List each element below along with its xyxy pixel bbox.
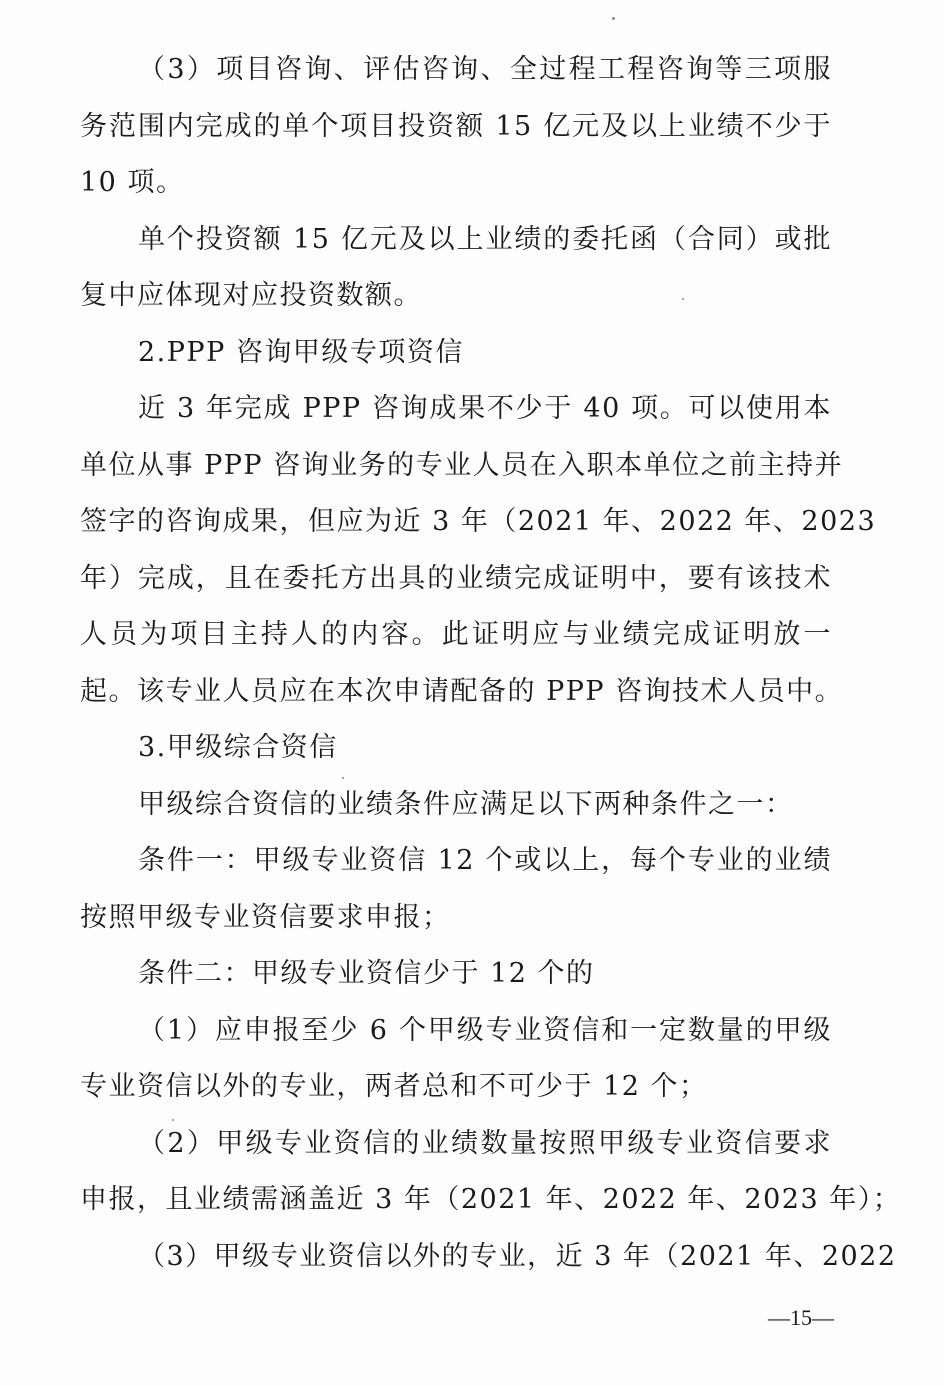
paragraph-line: （3）甲级专业资信以外的专业，近 3 年（2021 年、2022 [138,1240,832,1274]
paragraph-line: 条件二：甲级专业资信少于 12 个的 [138,957,832,991]
paragraph-line: 单个投资额 15 亿元及以上业绩的委托函（合同）或批 [138,223,832,257]
document-page: （3）项目咨询、评估咨询、全过程工程咨询等三项服 务范围内完成的单个项目投资额 … [0,0,944,1386]
paragraph-line: 单位从事 PPP 咨询业务的专业人员在入职本单位之前主持并 [80,449,832,483]
section-heading: 3.甲级综合资信 [138,731,832,765]
paragraph-line: 复中应体现对应投资数额。 [80,279,832,313]
paragraph-line: 务范围内完成的单个项目投资额 15 亿元及以上业绩不少于 [80,110,832,144]
paragraph-line: 条件一：甲级专业资信 12 个或以上，每个专业的业绩 [138,844,832,878]
page-number: —15— [768,1305,834,1331]
paragraph-line: 签字的咨询成果，但应为近 3 年（2021 年、2022 年、2023 [80,505,832,539]
paragraph-line: 专业资信以外的专业，两者总和不可少于 12 个； [80,1070,832,1104]
paragraph-line: 甲级综合资信的业绩条件应满足以下两种条件之一： [138,788,832,822]
paragraph-line: 人员为项目主持人的内容。此证明应与业绩完成证明放一 [80,618,832,652]
paragraph-line: 近 3 年完成 PPP 咨询成果不少于 40 项。可以使用本 [138,392,832,426]
paragraph-line: 年）完成，且在委托方出具的业绩完成证明中，要有该技术 [80,562,832,596]
paragraph-line: 按照甲级专业资信要求申报； [80,901,832,935]
scan-speck [342,777,344,779]
scan-speck [612,17,615,20]
paragraph-line: （3）项目咨询、评估咨询、全过程工程咨询等三项服 [138,53,832,87]
section-heading: 2.PPP 咨询甲级专项资信 [138,336,832,370]
scan-speck [172,1119,174,1121]
paragraph-line: （2）甲级专业资信的业绩数量按照甲级专业资信要求 [138,1127,832,1161]
paragraph-line: 起。该专业人员应在本次申请配备的 PPP 咨询技术人员中。 [80,675,832,709]
paragraph-line: （1）应申报至少 6 个甲级专业资信和一定数量的甲级 [138,1014,832,1048]
paragraph-line: 10 项。 [80,166,832,200]
paragraph-line: 申报，且业绩需涵盖近 3 年（2021 年、2022 年、2023 年）； [80,1183,832,1217]
